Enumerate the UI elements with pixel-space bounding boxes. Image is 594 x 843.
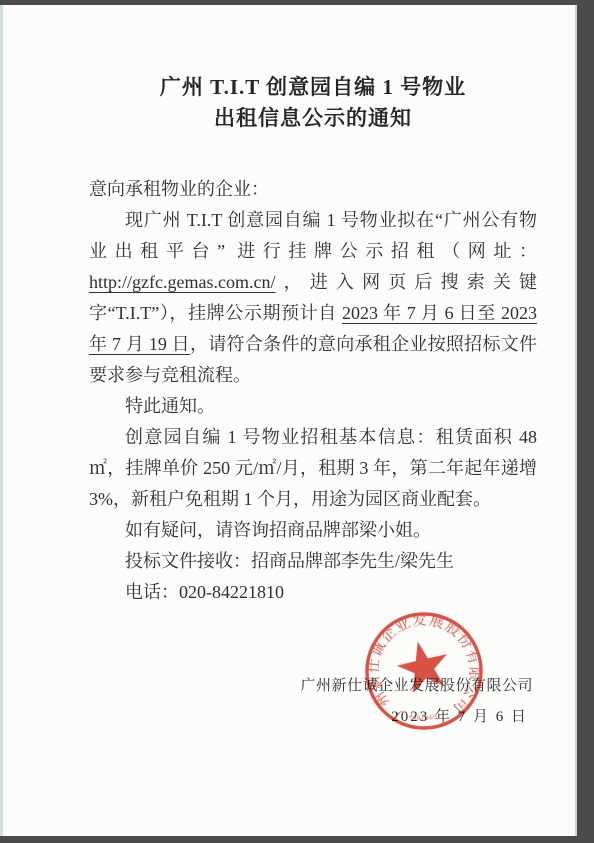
contact-line-inquiry: 如有疑问，请咨询招商品牌部梁小姐。 — [89, 515, 537, 546]
paragraph-main-text-1: 现广州 T.I.T 创意园自编 1 号物业拟在“广州公有物业出租平台” 进行挂牌… — [89, 210, 537, 261]
contact-line-bid-reception: 投标文件接收：招商品牌部李先生/梁先生 — [89, 546, 537, 577]
notice-document: 广州 T.I.T 创意园自编 1 号物业 出租信息公示的通知 意向承租物业的企业… — [0, 0, 594, 733]
seal-star — [393, 636, 454, 695]
paragraph-main: 现广州 T.I.T 创意园自编 1 号物业拟在“广州公有物业出租平台” 进行挂牌… — [89, 205, 537, 391]
company-seal: 广州新仕诚企业发展股份有限公司 4401060 — [343, 590, 506, 753]
paragraph-info: 创意园自编 1 号物业招租基本信息：租赁面积 48 ㎡，挂牌单价 250 元/㎡… — [89, 422, 537, 515]
scan-edge-left — [0, 0, 3, 843]
scan-edge-bottom — [0, 836, 594, 843]
notice-title-line1: 广州 T.I.T 创意园自编 1 号物业 — [89, 72, 537, 103]
scan-edge-top — [0, 0, 594, 5]
scan-edge-right — [575, 0, 594, 843]
scanned-document-page: 广州 T.I.T 创意园自编 1 号物业 出租信息公示的通知 意向承租物业的企业… — [0, 0, 594, 843]
salutation: 意向承租物业的企业： — [89, 174, 537, 205]
notice-title-line2: 出租信息公示的通知 — [89, 103, 537, 134]
seal-number: 4401060 — [407, 710, 438, 723]
notice-title: 广州 T.I.T 创意园自编 1 号物业 出租信息公示的通知 — [89, 72, 537, 134]
notice-close: 特此通知。 — [89, 391, 537, 422]
listing-url: http://gzfc.gemas.com.cn/ — [89, 272, 275, 292]
